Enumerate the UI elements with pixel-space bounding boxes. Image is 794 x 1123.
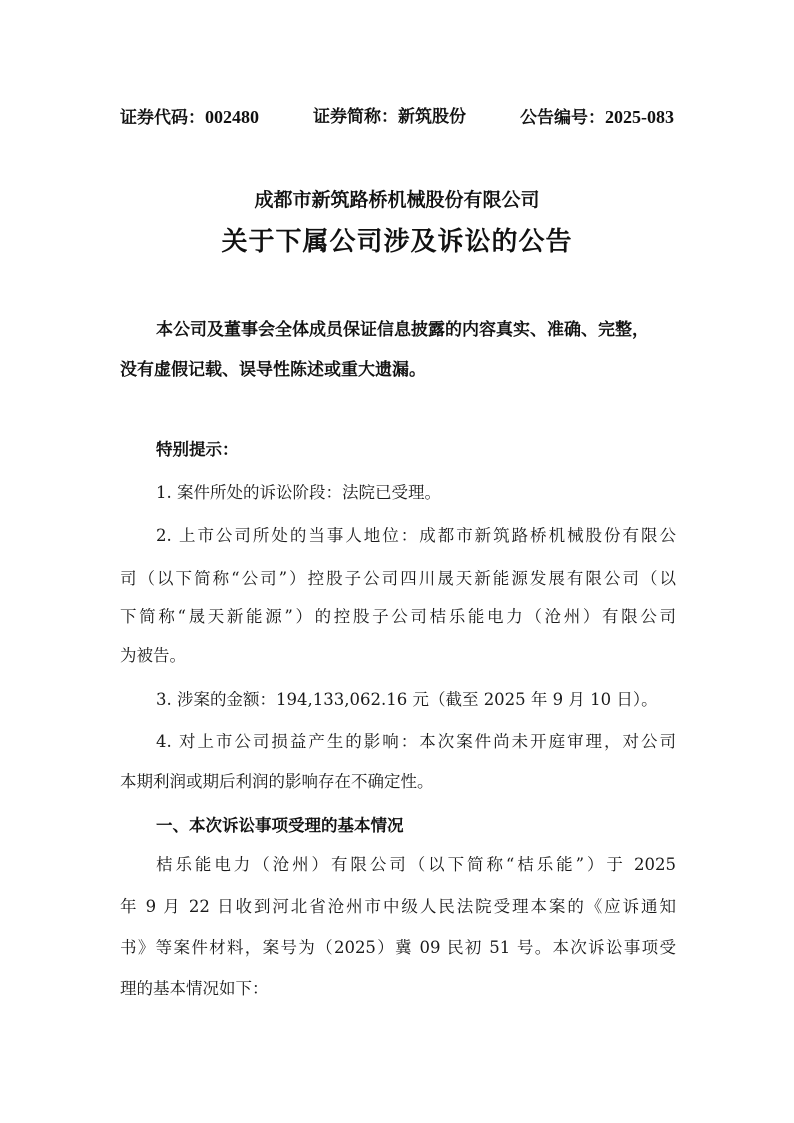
special-notes-heading: 特别提示： [156, 436, 239, 464]
board-statement-line-1: 本公司及董事会全体成员保证信息披露的内容真实、准确、完整， [120, 310, 676, 350]
special-note-4-line-2: 本期利润或期后利润的影响存在不确定性。 [120, 768, 676, 796]
section-1-paragraph-line-4: 理的基本情况如下： [120, 975, 676, 1003]
announcement-title: 关于下属公司涉及诉讼的公告 [0, 224, 794, 260]
special-note-1: 1. 案件所处的诉讼阶段：法院已受理。 [156, 479, 676, 507]
announcement-number-value: 2025-083 [605, 107, 674, 127]
document-page: 证券代码：002480 证券简称：新筑股份 公告编号：2025-083 成都市新… [0, 0, 794, 1123]
securities-short-name: 证券简称：新筑股份 [313, 104, 466, 131]
section-1-heading: 一、本次诉讼事项受理的基本情况 [156, 812, 404, 840]
special-note-2-line-3: 下简称“晟天新能源”）的控股子公司桔乐能电力（沧州）有限公司 [120, 603, 676, 631]
announcement-number-label: 公告编号： [520, 108, 605, 128]
board-statement-line-2: 没有虚假记载、误导性陈述或重大遗漏。 [120, 350, 676, 390]
special-note-4-line-1: 4. 对上市公司损益产生的影响：本次案件尚未开庭审理，对公司 [156, 728, 676, 756]
special-note-2-line-2: 司（以下简称“公司”）控股子公司四川晟天新能源发展有限公司（以 [120, 565, 676, 593]
section-1-paragraph-line-2: 年 9 月 22 日收到河北省沧州市中级人民法院受理本案的《应诉通知 [120, 893, 676, 921]
special-note-3: 3. 涉案的金额：194,133,062.16 元（截至 2025 年 9 月 … [156, 686, 676, 714]
securities-code-label: 证券代码： [120, 108, 205, 128]
board-statement: 本公司及董事会全体成员保证信息披露的内容真实、准确、完整， 没有虚假记载、误导性… [120, 310, 676, 390]
announcement-number: 公告编号：2025-083 [520, 104, 674, 131]
securities-short-name-value: 新筑股份 [398, 107, 466, 127]
section-1-paragraph-line-3: 书》等案件材料，案号为（2025）冀 09 民初 51 号。本次诉讼事项受 [120, 934, 676, 962]
section-1-paragraph-line-1: 桔乐能电力（沧州）有限公司（以下简称“桔乐能”）于 2025 [156, 851, 676, 879]
special-note-2-line-4: 为被告。 [120, 642, 676, 670]
special-note-2-line-1: 2. 上市公司所处的当事人地位：成都市新筑路桥机械股份有限公 [156, 522, 676, 550]
securities-code-value: 002480 [205, 107, 259, 127]
securities-short-name-label: 证券简称： [313, 107, 398, 127]
securities-code: 证券代码：002480 [120, 104, 259, 131]
company-title: 成都市新筑路桥机械股份有限公司 [0, 186, 794, 214]
announcement-header: 证券代码：002480 证券简称：新筑股份 公告编号：2025-083 [120, 104, 674, 131]
